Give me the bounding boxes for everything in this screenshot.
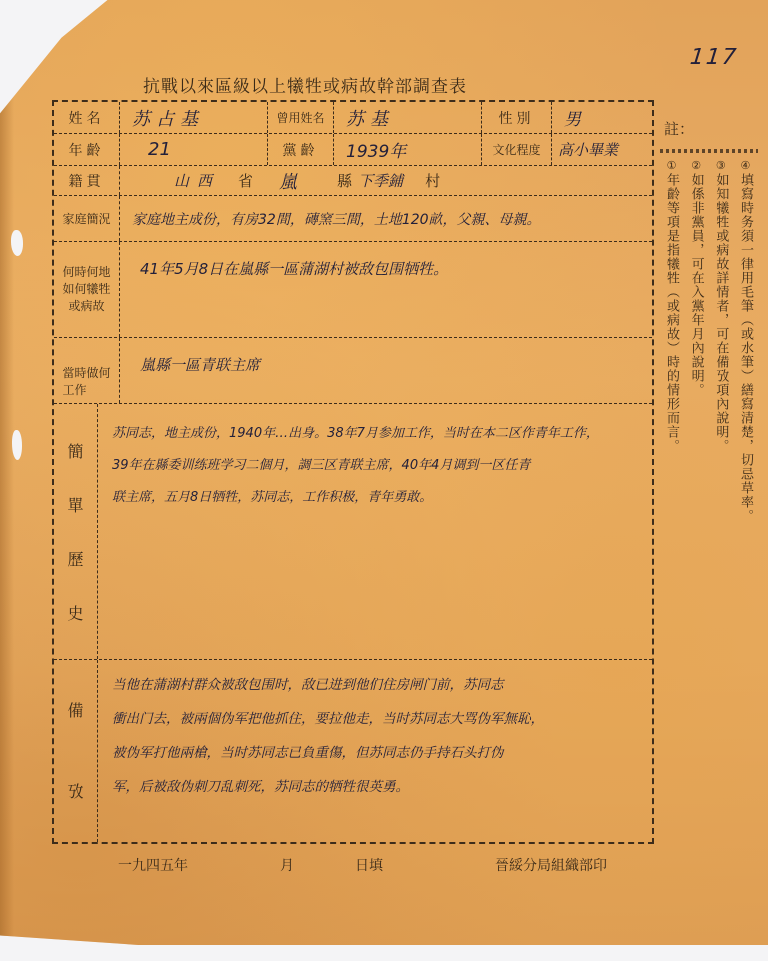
village-suffix: 村: [425, 170, 440, 191]
footer-issuer: 晉綏分局組織部印: [495, 855, 607, 875]
row-position: 當時做何 工作 嵐縣一區青联主席: [54, 338, 652, 404]
education-value: 高小畢業: [552, 134, 652, 165]
text-line: 39年在縣委训练班学习二個月，調三区青联主席，40年4月调到一区任青: [112, 450, 638, 482]
instructions-list: ④填寫時务須一律用毛筆（或水筆）繕寫清楚，切忌草率。 ③如知犧牲或病故詳情者，可…: [660, 159, 756, 579]
form-title: 抗戰以來區級以上犧牲或病故幹部調查表: [143, 72, 467, 97]
instruction-item: ④填寫時务須一律用毛筆（或水筆）繕寫清楚，切忌草率。: [734, 159, 756, 579]
row-name: 姓名 苏占基 曾用姓名 苏基 性別 男: [54, 102, 652, 134]
text-line: 军，后被敌伪刺刀乱刺死，苏同志的牺牲很英勇。: [112, 770, 638, 804]
position-label-text: 當時做何 工作: [58, 365, 114, 399]
sacrifice-label-text: 何時何地 如何犧牲 或病故: [58, 264, 114, 315]
instruction-number: ②: [685, 159, 707, 173]
family-status-value: 家庭地主成份，有房32間，磚窯三間，土地120畝，父親、母親。: [120, 196, 652, 241]
family-status-label: 家庭簡況: [54, 196, 120, 241]
label-char: 史: [67, 601, 83, 624]
sacrifice-label: 何時何地 如何犧牲 或病故: [54, 242, 120, 337]
label-char: 攷: [67, 779, 83, 802]
instruction-text: 填寫時务須一律用毛筆（或水筆）繕寫清楚，切忌草率。: [738, 173, 753, 523]
binding-hole: [12, 430, 22, 460]
remarks-text: 当他在蒲湖村群众被敌包围时，敌已进到他们住房闸门前，苏同志 衝出门去，被兩個伪军…: [112, 668, 638, 804]
instruction-item: ①年齡等項是指犧牲（或病故）時的情形而言。: [660, 159, 682, 579]
row-age: 年齡 21 黨齡 1939年 文化程度 高小畢業: [54, 134, 652, 166]
gender-value: 男: [552, 102, 652, 133]
position-value: 嵐縣一區青联主席: [120, 338, 652, 403]
county-value: 嵐: [279, 168, 297, 194]
label-char: 備: [67, 698, 83, 721]
former-name-label: 曾用姓名: [268, 102, 334, 133]
county-suffix: 縣: [337, 170, 352, 191]
instruction-item: ②如係非黨員，可在入黨年月內說明。: [685, 159, 707, 579]
native-place-value: 山西 省 嵐 縣 下季鋪 村: [120, 166, 652, 195]
age-label: 年齡: [54, 134, 120, 165]
label-line: 如何犧牲: [62, 281, 110, 298]
former-name-value: 苏基: [334, 102, 482, 133]
village-value: 下季鋪: [358, 170, 403, 191]
footer-year: 一九四五年: [118, 855, 188, 875]
party-age-value: 1939年: [334, 134, 482, 165]
gender-label: 性別: [482, 102, 552, 133]
document-page: 117 抗戰以來區級以上犧牲或病故幹部調查表 姓名 苏占基 曾用姓名 苏基 性別…: [0, 0, 768, 945]
position-label: 當時做何 工作: [54, 338, 120, 403]
remarks-label: 備 攷: [54, 660, 98, 842]
brief-history-label: 簡 單 歷 史: [54, 404, 98, 659]
instruction-text: 年齡等項是指犧牲（或病故）時的情形而言。: [664, 173, 679, 453]
row-family-status: 家庭簡況 家庭地主成份，有房32間，磚窯三間，土地120畝，父親、母親。: [54, 196, 652, 242]
education-label: 文化程度: [482, 134, 552, 165]
text-line: 联主席，五月8日牺牲，苏同志，工作积极，青年勇敢。: [112, 482, 638, 514]
instruction-item: ③如知犧牲或病故詳情者，可在備攷項內說明。: [709, 159, 731, 579]
instructions-panel: 註： ④填寫時务須一律用毛筆（或水筆）繕寫清楚，切忌草率。 ③如知犧牲或病故詳情…: [660, 118, 765, 558]
wavy-divider: [660, 149, 758, 153]
brief-history-text: 苏同志，地主成份，1940年…出身。38年7月参加工作，当时在本二区作青年工作，…: [112, 418, 638, 514]
label-line: 當時做何: [62, 365, 110, 382]
instructions-title: 註：: [664, 118, 765, 139]
survey-form: 姓名 苏占基 曾用姓名 苏基 性別 男 年齡 21 黨齡 1939年 文化程度 …: [52, 100, 654, 844]
province-suffix: 省: [238, 170, 253, 191]
row-native-place: 籍貫 山西 省 嵐 縣 下季鋪 村: [54, 166, 652, 196]
row-remarks: 備 攷 当他在蒲湖村群众被敌包围时，敌已进到他们住房闸门前，苏同志 衝出门去，被…: [54, 660, 652, 842]
text-line: 衝出门去，被兩個伪军把他抓住，要拉他走，当时苏同志大骂伪军無恥，: [112, 702, 638, 736]
label-line: 何時何地: [62, 264, 110, 281]
instruction-text: 如係非黨員，可在入黨年月內說明。: [689, 173, 704, 397]
instruction-number: ④: [734, 159, 756, 173]
name-label: 姓名: [54, 102, 120, 133]
age-value: 21: [120, 134, 268, 165]
label-char: 簡: [67, 439, 83, 462]
label-char: 歷: [67, 547, 83, 570]
row-brief-history: 簡 單 歷 史 苏同志，地主成份，1940年…出身。38年7月参加工作，当时在本…: [54, 404, 652, 660]
name-value: 苏占基: [120, 102, 268, 133]
sacrifice-value: 41年5月8日在嵐縣一區蒲湖村被敌包围牺牲。: [120, 242, 652, 337]
row-sacrifice-circumstances: 何時何地 如何犧牲 或病故 41年5月8日在嵐縣一區蒲湖村被敌包围牺牲。: [54, 242, 652, 338]
instruction-number: ①: [660, 159, 682, 173]
instruction-number: ③: [709, 159, 731, 173]
instruction-text: 如知犧牲或病故詳情者，可在備攷項內說明。: [713, 173, 728, 453]
text-line: 苏同志，地主成份，1940年…出身。38年7月参加工作，当时在本二区作青年工作，: [112, 418, 638, 450]
page-number: 117: [689, 45, 740, 70]
native-place-label: 籍貫: [54, 166, 120, 195]
party-age-label: 黨齡: [268, 134, 334, 165]
text-line: 被伪军打他兩槍，当时苏同志已負重傷，但苏同志仍手持石头打伪: [112, 736, 638, 770]
label-char: 單: [67, 493, 83, 516]
binding-hole: [11, 230, 23, 256]
footer-month: 月: [280, 855, 294, 875]
footer-day: 日填: [355, 855, 383, 875]
text-line: 当他在蒲湖村群众被敌包围时，敌已进到他们住房闸门前，苏同志: [112, 668, 638, 702]
province-value: 山西: [174, 170, 220, 191]
label-line: 工作: [62, 382, 110, 399]
label-line: 或病故: [62, 298, 110, 315]
paper-edge-shadow: [0, 0, 14, 945]
